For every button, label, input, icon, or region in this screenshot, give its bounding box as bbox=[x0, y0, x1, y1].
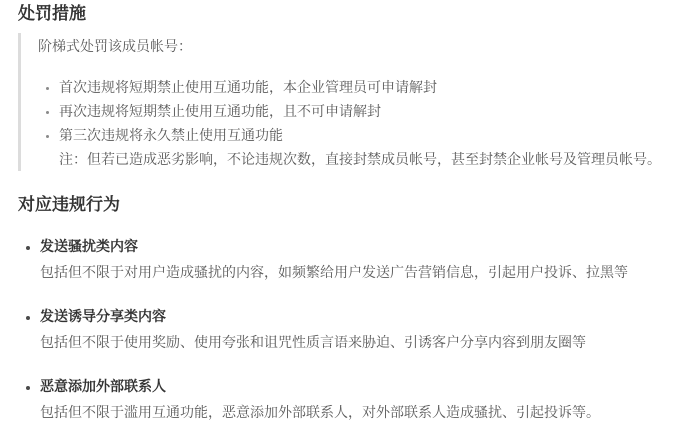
violation-description: 包括但不限于滥用互通功能，恶意添加外部联系人，对外部联系人造成骚扰、引起投诉等。 bbox=[40, 402, 674, 422]
violations-section-title: 对应违规行为 bbox=[18, 195, 674, 215]
punishment-blockquote: 阶梯式处罚该成员帐号： 首次违规将短期禁止使用互通功能，本企业管理员可申请解封 … bbox=[18, 33, 674, 171]
punishment-item-text: 首次违规将短期禁止使用互通功能，本企业管理员可申请解封 bbox=[59, 79, 437, 95]
violation-description: 包括但不限于对用户造成骚扰的内容，如频繁给用户发送广告营销信息，引起用户投诉、拉… bbox=[40, 262, 674, 282]
punishment-intro-text: 阶梯式处罚该成员帐号： bbox=[38, 34, 674, 58]
punishment-note-text: 注：但若已造成恶劣影响，不论违规次数，直接封禁成员帐号，甚至封禁企业帐号及管理员… bbox=[59, 151, 661, 167]
punishment-item-text: 再次违规将短期禁止使用互通功能，且不可申请解封 bbox=[59, 103, 381, 119]
document-page: 处罚措施 阶梯式处罚该成员帐号： 首次违规将短期禁止使用互通功能，本企业管理员可… bbox=[0, 0, 688, 422]
punishment-item-text: 第三次违规将永久禁止使用互通功能 bbox=[59, 127, 283, 143]
punishment-section-title: 处罚措施 bbox=[18, 4, 674, 24]
violation-title: 发送诱导分享类内容 bbox=[40, 306, 674, 326]
violation-item: 发送诱导分享类内容 包括但不限于使用奖励、使用夸张和诅咒性质言语来胁迫、引诱客户… bbox=[40, 306, 674, 352]
violation-item: 恶意添加外部联系人 包括但不限于滥用互通功能，恶意添加外部联系人，对外部联系人造… bbox=[40, 376, 674, 422]
punishment-list-item: 第三次违规将永久禁止使用互通功能 注：但若已造成恶劣影响，不论违规次数，直接封禁… bbox=[59, 123, 674, 171]
violation-item: 发送骚扰类内容 包括但不限于对用户造成骚扰的内容，如频繁给用户发送广告营销信息，… bbox=[40, 236, 674, 282]
punishment-list-item: 再次违规将短期禁止使用互通功能，且不可申请解封 bbox=[59, 99, 674, 123]
violation-title: 恶意添加外部联系人 bbox=[40, 376, 674, 396]
violation-description: 包括但不限于使用奖励、使用夸张和诅咒性质言语来胁迫、引诱客户分享内容到朋友圈等 bbox=[40, 332, 674, 352]
punishment-list: 首次违规将短期禁止使用互通功能，本企业管理员可申请解封 再次违规将短期禁止使用互… bbox=[38, 75, 674, 171]
violation-title: 发送骚扰类内容 bbox=[40, 236, 674, 256]
violations-list: 发送骚扰类内容 包括但不限于对用户造成骚扰的内容，如频繁给用户发送广告营销信息，… bbox=[18, 236, 674, 422]
punishment-list-item: 首次违规将短期禁止使用互通功能，本企业管理员可申请解封 bbox=[59, 75, 674, 99]
